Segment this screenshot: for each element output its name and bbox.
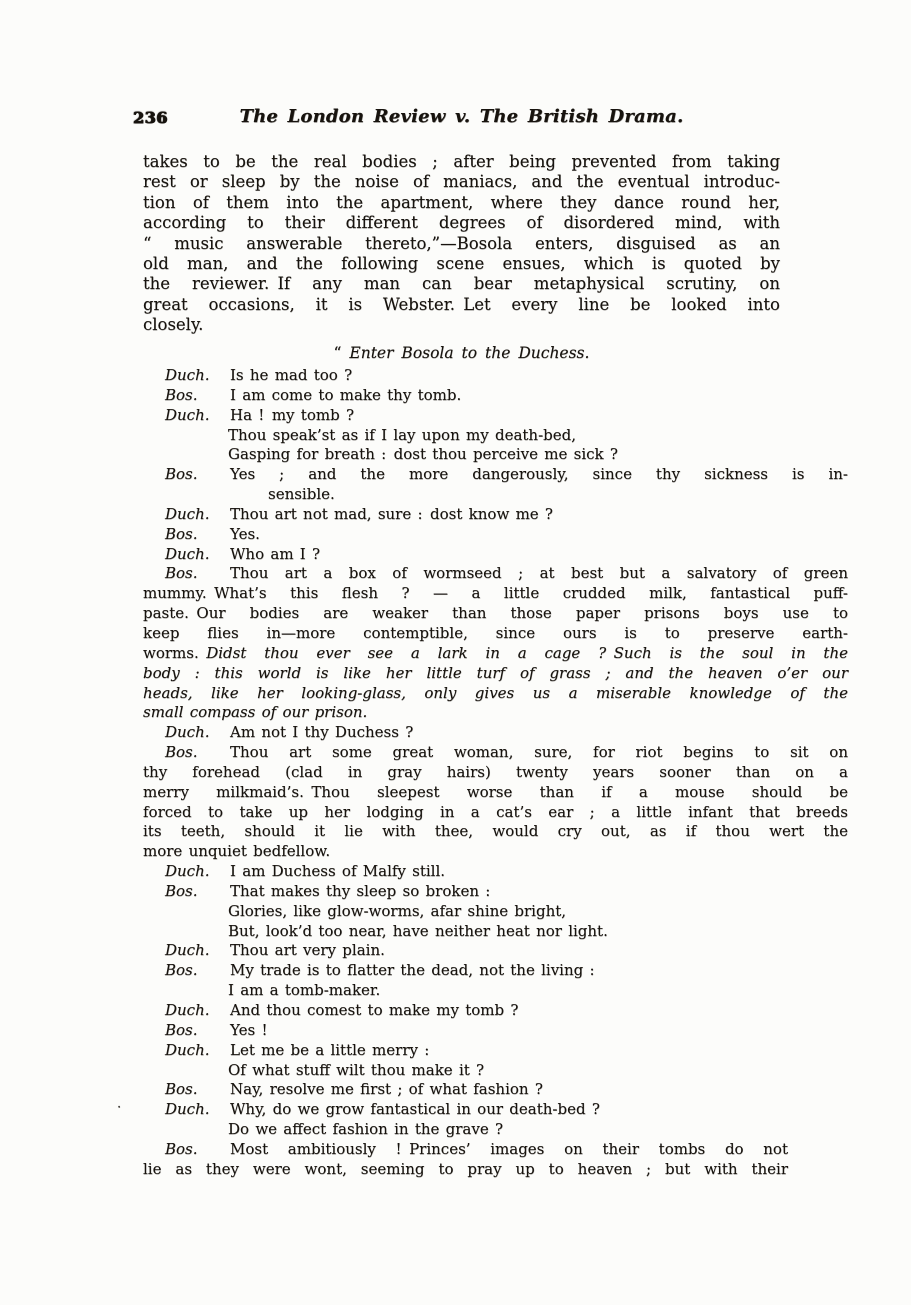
speech-text: Nay, resolve me first ; of what fashion … xyxy=(230,1080,543,1098)
speech-text: Of what stuff wilt thou make it ? xyxy=(228,1061,484,1079)
dialogue-line: But, look’d too near, have neither heat … xyxy=(143,922,848,942)
speech-text: Thou speak’st as if I lay upon my death-… xyxy=(228,426,576,444)
speaker-label: Duch. xyxy=(165,1001,230,1021)
dialogue-line: I am a tomb-maker. xyxy=(143,981,848,1001)
dialogue-line: small compass of our prison. xyxy=(143,703,848,723)
dialogue-line: Glories, like glow-worms, afar shine bri… xyxy=(143,902,848,922)
speaker-label: Bos. xyxy=(165,1021,230,1041)
speech-text: Glories, like glow-worms, afar shine bri… xyxy=(228,902,566,920)
dialogue-line: Duch.I am Duchess of Malfy still. xyxy=(143,862,848,882)
speaker-label: Bos. xyxy=(165,564,230,584)
stage-direction-text: Enter Bosola to the Duchess. xyxy=(349,344,589,362)
speech-text: And thou comest to make my tomb ? xyxy=(230,1001,518,1019)
dialogue-line: Bos.Yes. xyxy=(143,525,848,545)
dialogue-line: lie as they were wont, seeming to pray u… xyxy=(143,1160,848,1180)
speech-text: That makes thy sleep so broken : xyxy=(230,882,490,900)
running-title: The London Review v. The British Drama. xyxy=(143,106,780,127)
dialogue-line: Duch.Let me be a little merry : xyxy=(143,1041,848,1061)
dialogue-line: Duch.Who am I ? xyxy=(143,545,848,565)
dialogue-line: Bos.Yes ; and the more dangerously, sinc… xyxy=(143,465,848,485)
speech-text: paste. Our bodies are weaker than those … xyxy=(143,604,848,622)
speech-text-italic: small compass of our prison. xyxy=(143,703,367,721)
speaker-label: Duch. xyxy=(165,505,230,525)
speech-text: its teeth, should it lie with thee, woul… xyxy=(143,822,848,840)
speaker-label: Bos. xyxy=(165,386,230,406)
speech-text: Ha ! my tomb ? xyxy=(230,406,354,424)
dialogue-line: thy forehead (clad in gray hairs) twenty… xyxy=(143,763,848,783)
dialogue-line: Do we affect fashion in the grave ? xyxy=(143,1120,848,1140)
book-page: 236 The London Review v. The British Dra… xyxy=(0,0,911,1305)
speech-text: worms. xyxy=(143,644,206,662)
speech-text: merry milkmaid’s. Thou sleepest worse th… xyxy=(143,783,848,801)
speech-text: sensible. xyxy=(268,485,335,503)
dialogue-line: Gasping for breath : dost thou perceive … xyxy=(143,445,848,465)
speech-text: Is he mad too ? xyxy=(230,366,352,384)
dialogue-line: Bos.I am come to make thy tomb. xyxy=(143,386,848,406)
speech-text: Most ambitiously ! Princes’ images on th… xyxy=(230,1140,788,1158)
intro-line: the reviewer. If any man can bear metaph… xyxy=(143,274,780,294)
dialogue-line: Bos.Yes ! xyxy=(143,1021,848,1041)
speech-text: forced to take up her lodging in a cat’s… xyxy=(143,803,848,821)
speaker-label: Bos. xyxy=(165,882,230,902)
intro-line: great occasions, it is Webster. Let ever… xyxy=(143,295,780,315)
intro-line: “ music answerable thereto,”—Bosola ente… xyxy=(143,234,780,254)
speech-text: Am not I thy Duchess ? xyxy=(230,723,413,741)
intro-paragraph: takes to be the real bodies ; after bein… xyxy=(143,152,780,336)
dialogue-line: Bos.Nay, resolve me first ; of what fash… xyxy=(143,1080,848,1100)
dialogue-block: Duch.Is he mad too ?Bos.I am come to mak… xyxy=(143,366,848,1180)
speaker-label: Duch. xyxy=(165,941,230,961)
speech-text: But, look’d too near, have neither heat … xyxy=(228,922,608,940)
speech-text: keep flies in—more contemptible, since o… xyxy=(143,624,848,642)
speech-text: Yes ; and the more dangerously, since th… xyxy=(230,465,848,483)
dialogue-line: Bos.Thou art a box of wormseed ; at best… xyxy=(143,564,848,584)
dialogue-line: Duch.Why, do we grow fantastical in our … xyxy=(143,1100,848,1120)
speech-text: I am a tomb-maker. xyxy=(228,981,380,999)
dialogue-line: Duch.Is he mad too ? xyxy=(143,366,848,386)
intro-line: closely. xyxy=(143,315,780,335)
dialogue-line: Bos.Most ambitiously ! Princes’ images o… xyxy=(143,1140,848,1160)
speech-text: lie as they were wont, seeming to pray u… xyxy=(143,1160,788,1178)
speaker-label: Bos. xyxy=(165,465,230,485)
speaker-label: Bos. xyxy=(165,1080,230,1100)
speech-text-italic: Didst thou ever see a lark in a cage ? S… xyxy=(206,644,848,662)
dialogue-line: merry milkmaid’s. Thou sleepest worse th… xyxy=(143,783,848,803)
dialogue-line: paste. Our bodies are weaker than those … xyxy=(143,604,848,624)
speaker-label: Duch. xyxy=(165,1041,230,1061)
speech-text: Thou art not mad, sure : dost know me ? xyxy=(230,505,553,523)
dialogue-line: Duch.Ha ! my tomb ? xyxy=(143,406,848,426)
speech-text: more unquiet bedfellow. xyxy=(143,842,330,860)
speech-text: Thou art a box of wormseed ; at best but… xyxy=(230,564,848,582)
speech-text: I am come to make thy tomb. xyxy=(230,386,461,404)
speech-text: Let me be a little merry : xyxy=(230,1041,429,1059)
speech-text: thy forehead (clad in gray hairs) twenty… xyxy=(143,763,848,781)
dialogue-line: Bos.Thou art some great woman, sure, for… xyxy=(143,743,848,763)
dialogue-line: forced to take up her lodging in a cat’s… xyxy=(143,803,848,823)
page-header: 236 The London Review v. The British Dra… xyxy=(143,106,780,132)
speech-text: Yes. xyxy=(230,525,260,543)
intro-line: rest or sleep by the noise of maniacs, a… xyxy=(143,172,780,192)
intro-line: according to their different degrees of … xyxy=(143,213,780,233)
dialogue-line: heads, like her looking-glass, only give… xyxy=(143,684,848,704)
dialogue-line: worms. Didst thou ever see a lark in a c… xyxy=(143,644,848,664)
speech-text: I am Duchess of Malfy still. xyxy=(230,862,445,880)
speech-text: mummy. What’s this flesh ? — a little cr… xyxy=(143,584,848,602)
dialogue-line: Bos.That makes thy sleep so broken : xyxy=(143,882,848,902)
speech-text: Gasping for breath : dost thou perceive … xyxy=(228,445,618,463)
dialogue-line: Duch.And thou comest to make my tomb ? xyxy=(143,1001,848,1021)
dialogue-line: more unquiet bedfellow. xyxy=(143,842,848,862)
speech-text: Thou art some great woman, sure, for rio… xyxy=(230,743,848,761)
stage-direction: “ Enter Bosola to the Duchess. xyxy=(143,344,780,362)
dialogue-line: Thou speak’st as if I lay upon my death-… xyxy=(143,426,848,446)
speaker-label: Duch. xyxy=(165,862,230,882)
dialogue-line: keep flies in—more contemptible, since o… xyxy=(143,624,848,644)
speech-text: Thou art very plain. xyxy=(230,941,385,959)
speaker-label: Bos. xyxy=(165,1140,230,1160)
page-number: 236 xyxy=(133,108,168,127)
speaker-label: Bos. xyxy=(165,743,230,763)
speech-text: Why, do we grow fantastical in our death… xyxy=(230,1100,600,1118)
dialogue-line: its teeth, should it lie with thee, woul… xyxy=(143,822,848,842)
intro-line: old man, and the following scene ensues,… xyxy=(143,254,780,274)
speech-text: My trade is to flatter the dead, not the… xyxy=(230,961,595,979)
speaker-label: Duch. xyxy=(165,1100,230,1120)
open-quote-mark: “ xyxy=(334,344,350,362)
speaker-label: Bos. xyxy=(165,961,230,981)
speech-text: Do we affect fashion in the grave ? xyxy=(228,1120,503,1138)
dialogue-line: Of what stuff wilt thou make it ? xyxy=(143,1061,848,1081)
speech-text: Yes ! xyxy=(230,1021,267,1039)
speaker-label: Bos. xyxy=(165,525,230,545)
speaker-label: Duch. xyxy=(165,545,230,565)
speech-text-italic: heads, like her looking-glass, only give… xyxy=(143,684,848,702)
speaker-label: Duch. xyxy=(165,366,230,386)
dialogue-line: sensible. xyxy=(143,485,848,505)
speech-text-italic: body : this world is like her little tur… xyxy=(143,664,848,682)
dialogue-line: Duch.Thou art very plain. xyxy=(143,941,848,961)
speech-text: Who am I ? xyxy=(230,545,320,563)
dialogue-line: body : this world is like her little tur… xyxy=(143,664,848,684)
dialogue-line: Duch.Am not I thy Duchess ? xyxy=(143,723,848,743)
dialogue-line: Bos.My trade is to flatter the dead, not… xyxy=(143,961,848,981)
intro-line: tion of them into the apartment, where t… xyxy=(143,193,780,213)
speaker-label: Duch. xyxy=(165,406,230,426)
dialogue-line: Duch.Thou art not mad, sure : dost know … xyxy=(143,505,848,525)
speaker-label: Duch. xyxy=(165,723,230,743)
intro-line: takes to be the real bodies ; after bein… xyxy=(143,152,780,172)
dialogue-line: mummy. What’s this flesh ? — a little cr… xyxy=(143,584,848,604)
